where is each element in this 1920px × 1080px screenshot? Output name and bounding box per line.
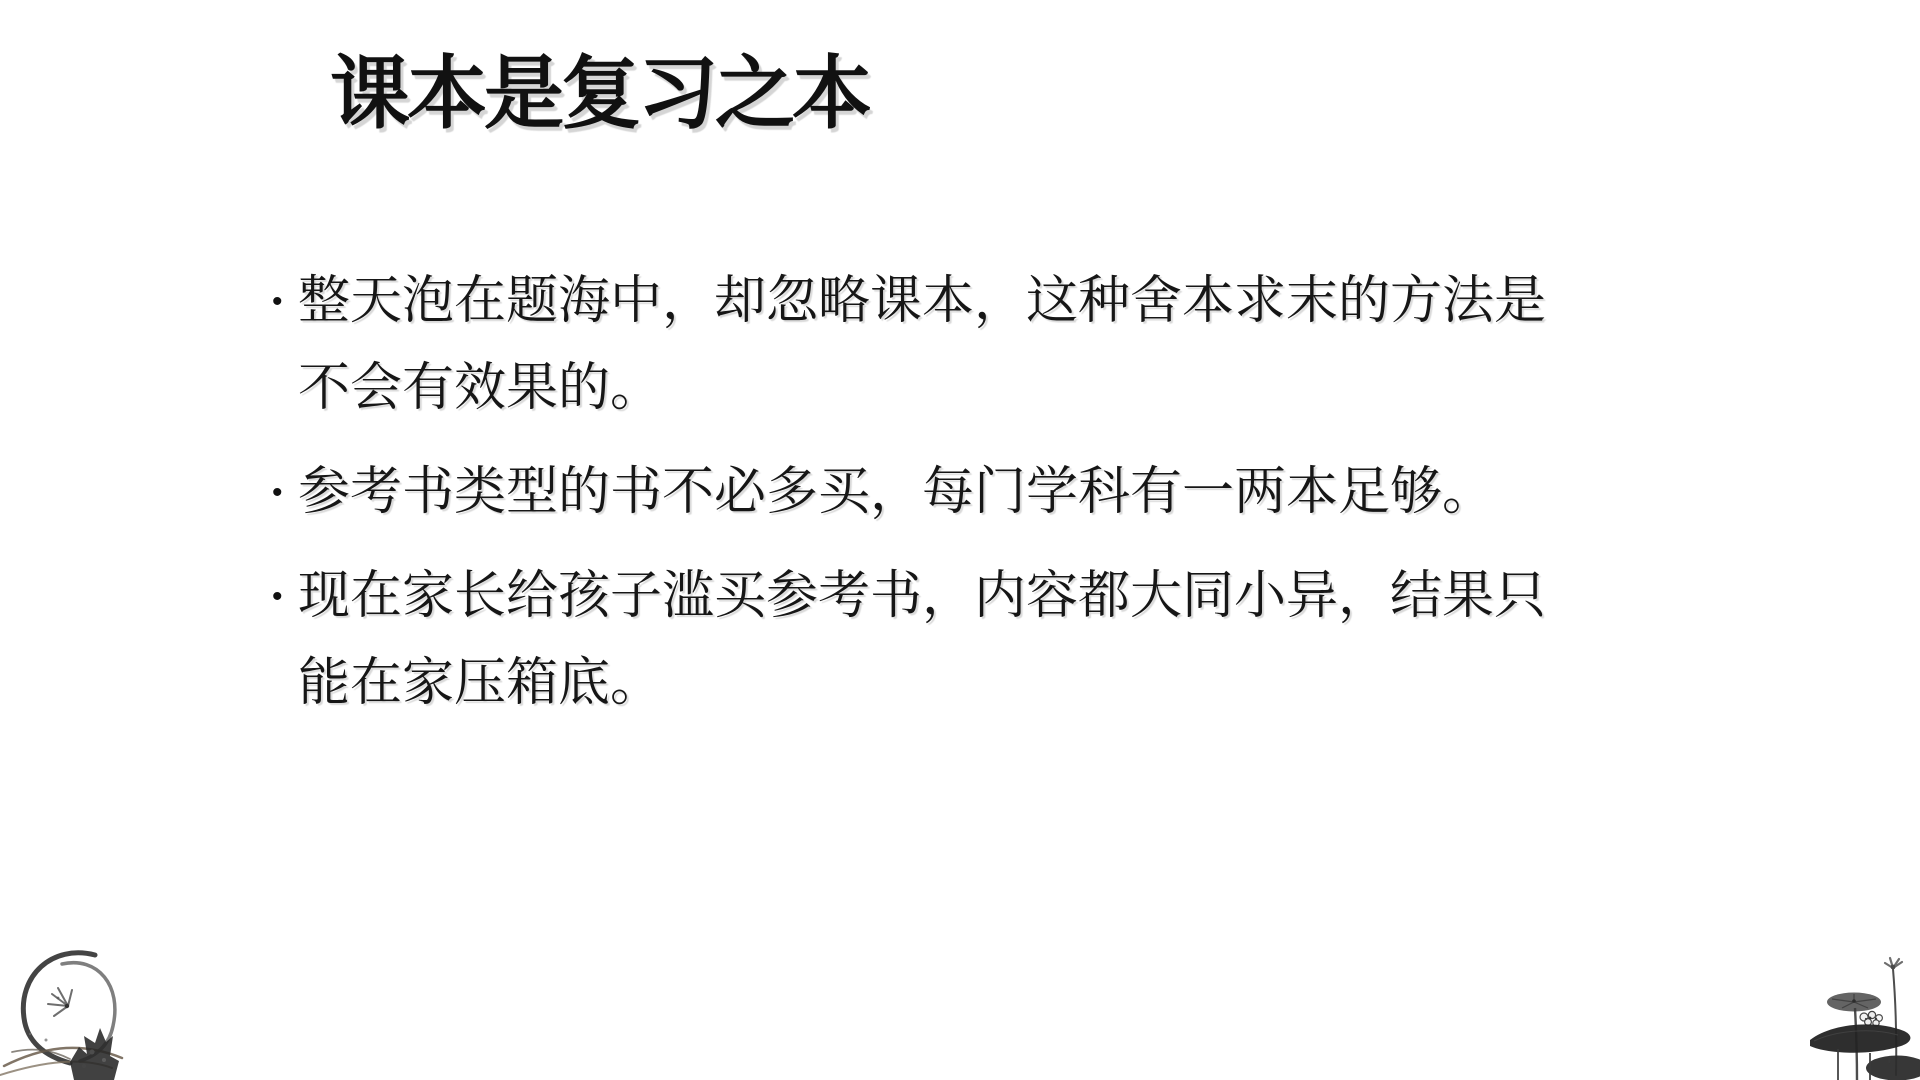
bullet-text: 整天泡在题海中，却忽略课本，这种舍本求末的方法是 不会有效果的。 (298, 258, 1672, 432)
bullet-icon: • (272, 553, 298, 640)
list-item: • 参考书类型的书不必多买，每门学科有一两本足够。 (272, 449, 1672, 536)
bullet-icon: • (272, 449, 298, 536)
bullet-text: 现在家长给孩子滥买参考书，内容都大同小异，结果只 能在家压箱底。 (298, 553, 1672, 727)
lotus-flower (1860, 1011, 1882, 1026)
page-title: 课本是复习之本 (330, 50, 869, 138)
bullet-line: 整天泡在题海中，却忽略课本，这种舍本求末的方法是 (298, 258, 1672, 345)
bullet-icon: • (272, 258, 298, 345)
orchid-ink-painting-icon (0, 940, 140, 1080)
bullet-line: 现在家长给孩子滥买参考书，内容都大同小异，结果只 (298, 553, 1672, 640)
bullet-line: 不会有效果的。 (298, 345, 1672, 432)
bullet-line: 能在家压箱底。 (298, 640, 1672, 727)
bullet-line: 参考书类型的书不必多买，每门学科有一两本足够。 (298, 449, 1672, 536)
list-item: • 现在家长给孩子滥买参考书，内容都大同小异，结果只 能在家压箱底。 (272, 553, 1672, 727)
lotus-ink-painting-icon (1800, 955, 1920, 1080)
bullet-list: • 整天泡在题海中，却忽略课本，这种舍本求末的方法是 不会有效果的。 • 参考书… (272, 258, 1672, 744)
bullet-text: 参考书类型的书不必多买，每门学科有一两本足够。 (298, 449, 1672, 536)
slide: 课本是复习之本 • 整天泡在题海中，却忽略课本，这种舍本求末的方法是 不会有效果… (0, 0, 1920, 1080)
list-item: • 整天泡在题海中，却忽略课本，这种舍本求末的方法是 不会有效果的。 (272, 258, 1672, 432)
